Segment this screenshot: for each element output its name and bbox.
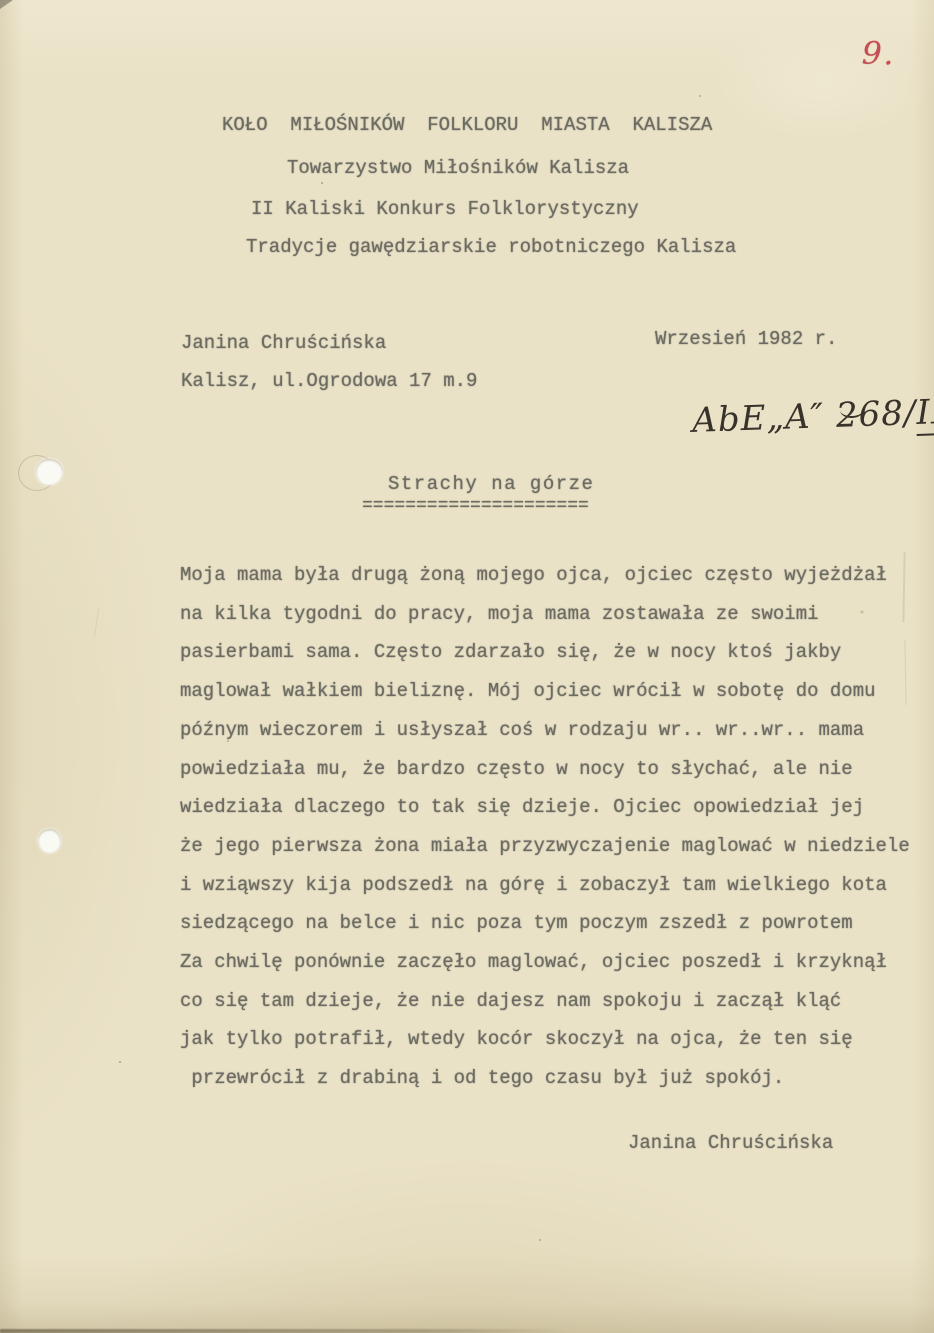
archive-note-roman: III [916, 392, 934, 436]
body-line: na kilka tygodni do pracy, moja mama zos… [180, 595, 930, 634]
author-name: Janina Chruścińska [181, 332, 386, 354]
body-line: powiedziała mu, że bardzo często w nocy … [180, 750, 930, 789]
body-line: Za chwilę ponównie zaczęło maglować, ojc… [180, 943, 930, 982]
story-title: Strachy na górze [388, 473, 594, 495]
body-line: jak tylko potrafił, wtedy kocór skoczył … [180, 1020, 930, 1059]
paper-crease [94, 608, 99, 638]
scan-corner-mark [0, 0, 13, 9]
body-line: wiedziała dlaczego to tak się dzieje. Oj… [180, 788, 930, 827]
author-address: Kalisz, ul.Ogrodowa 17 m.9 [181, 370, 477, 392]
body-line: co się tam dzieje, że nie dajesz nam spo… [180, 982, 930, 1021]
body-line: że jego pierwsza żona miała przyzwyczaje… [180, 827, 930, 866]
archive-note-main: AbE„A″ 268/ [692, 393, 917, 441]
body-line: siedzącego na belce i nic poza tym poczy… [180, 904, 930, 943]
header-society-line: Towarzystwo Miłośników Kalisza [287, 157, 629, 179]
punch-hole-top [36, 459, 63, 485]
body-line: przewrócił z drabiną i od tego czasu był… [180, 1059, 930, 1098]
header-contest-line: II Kaliski Konkurs Folklorystyczny [251, 198, 639, 220]
body-line: maglował wałkiem bieliznę. Mój ojciec wr… [180, 672, 930, 711]
story-body: Moja mama była drugą żoną mojego ojca, o… [180, 556, 930, 1098]
document-page: 9. KOŁO MIŁOŚNIKÓW FOLKLORU MIASTA KALIS… [0, 0, 934, 1333]
story-title-underline: ===================== [362, 496, 602, 512]
header-theme-line: Tradycje gawędziarskie robotniczego Kali… [246, 236, 736, 258]
punch-hole-bottom [38, 829, 61, 853]
body-line: późnym wieczorem i usłyszał coś w rodzaj… [180, 711, 930, 750]
page-number: 9. [861, 35, 896, 72]
body-line: pasierbami sama. Często zdarzało się, że… [180, 633, 930, 672]
signature-name: Janina Chruścińska [628, 1132, 833, 1154]
archive-note: AbE„A″ 268/III [643, 352, 934, 483]
header-organization-line: KOŁO MIŁOŚNIKÓW FOLKLORU MIASTA KALISZA [222, 114, 712, 136]
body-line: Moja mama była drugą żoną mojego ojca, o… [180, 556, 930, 595]
body-line: i wziąwszy kija podszedł na górę i zobac… [180, 866, 930, 905]
page-edge-shadow [0, 1329, 566, 1333]
date-line: Wrzesień 1982 r. [655, 328, 837, 350]
